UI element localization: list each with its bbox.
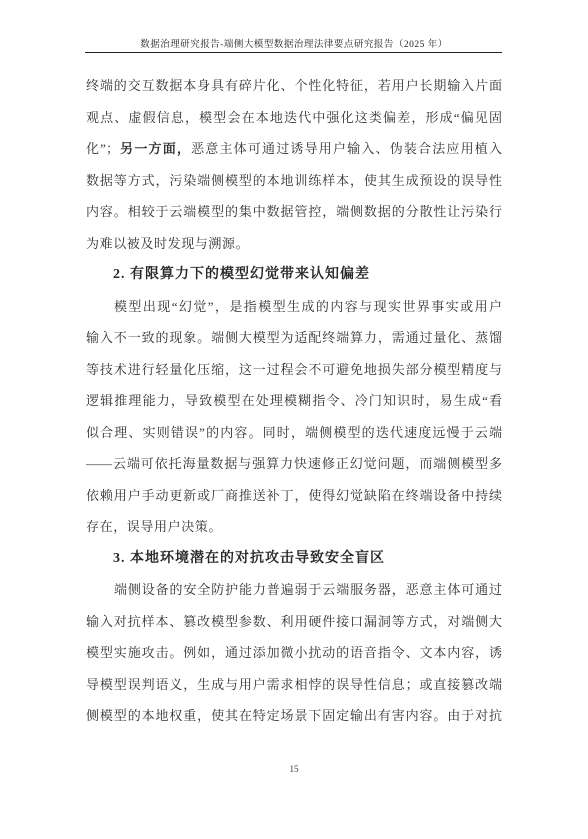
body-line: 等技术进行轻量化压缩，这一过程会不可避免地损失部分模型精度与: [86, 354, 502, 386]
section-heading-3: 3. 本地环境潜在的对抗攻击导致安全盲区: [86, 543, 502, 575]
text-segment-bold: 另一方面，: [119, 141, 191, 156]
document-body: 终端的交互数据本身具有碎片化、个性化特征，若用户长期输入片面 观点、虚假信息，模…: [86, 70, 502, 732]
body-line: 输入对抗样本、篡改模型参数、利用硬件接口漏洞等方式，对端侧大: [86, 606, 502, 638]
document-page: 数据治理研究报告-端侧大模型数据治理法律要点研究报告（2025 年） 终端的交互…: [0, 0, 588, 839]
body-line: 输入不一致的现象。端侧大模型为适配终端算力，需通过量化、蒸馏: [86, 322, 502, 354]
header-rule: [85, 52, 502, 53]
body-line: 端侧设备的安全防护能力普遍弱于云端服务器，恶意主体可通过: [86, 574, 502, 606]
body-line: 似合理、实则错误”的内容。同时，端侧模型的迭代速度远慢于云端: [86, 417, 502, 449]
body-line: 内容。相较于云端模型的集中数据管控，端侧数据的分散性让污染行: [86, 196, 502, 228]
body-line: 模型出现“幻觉”，是指模型生成的内容与现实世界事实或用户: [86, 291, 502, 323]
body-line: 化”；另一方面，恶意主体可通过诱导用户输入、伪装合法应用植入: [86, 133, 502, 165]
text-segment: 化”；: [86, 141, 119, 156]
body-line: 为难以被及时发现与溯源。: [86, 228, 502, 260]
body-line: 数据等方式，污染端侧模型的本地训练样本，使其生成预设的误导性: [86, 165, 502, 197]
body-line: 侧模型的本地权重，使其在特定场景下固定输出有害内容。由于对抗: [86, 700, 502, 732]
body-line: 导模型误判语义，生成与用户需求相悖的误导性信息；或直接篡改端: [86, 669, 502, 701]
body-line: 逻辑推理能力，导致模型在处理模糊指令、冷门知识时，易生成“看: [86, 385, 502, 417]
body-line: 存在，误导用户决策。: [86, 511, 502, 543]
body-line: ——云端可依托海量数据与强算力快速修正幻觉问题，而端侧模型多: [86, 448, 502, 480]
body-line: 依赖用户手动更新或厂商推送补丁，使得幻觉缺陷在终端设备中持续: [86, 480, 502, 512]
running-head-title: 数据治理研究报告-端侧大模型数据治理法律要点研究报告（2025 年）: [86, 36, 502, 50]
body-line: 观点、虚假信息，模型会在本地迭代中强化这类偏差，形成“偏见固: [86, 102, 502, 134]
section-heading-2: 2. 有限算力下的模型幻觉带来认知偏差: [86, 259, 502, 291]
body-line: 终端的交互数据本身具有碎片化、个性化特征，若用户长期输入片面: [86, 70, 502, 102]
text-segment: 恶意主体可通过诱导用户输入、伪装合法应用植入: [191, 141, 502, 156]
body-line: 模型实施攻击。例如，通过添加微小扰动的语音指令、文本内容，诱: [86, 637, 502, 669]
page-number: 15: [86, 764, 502, 774]
